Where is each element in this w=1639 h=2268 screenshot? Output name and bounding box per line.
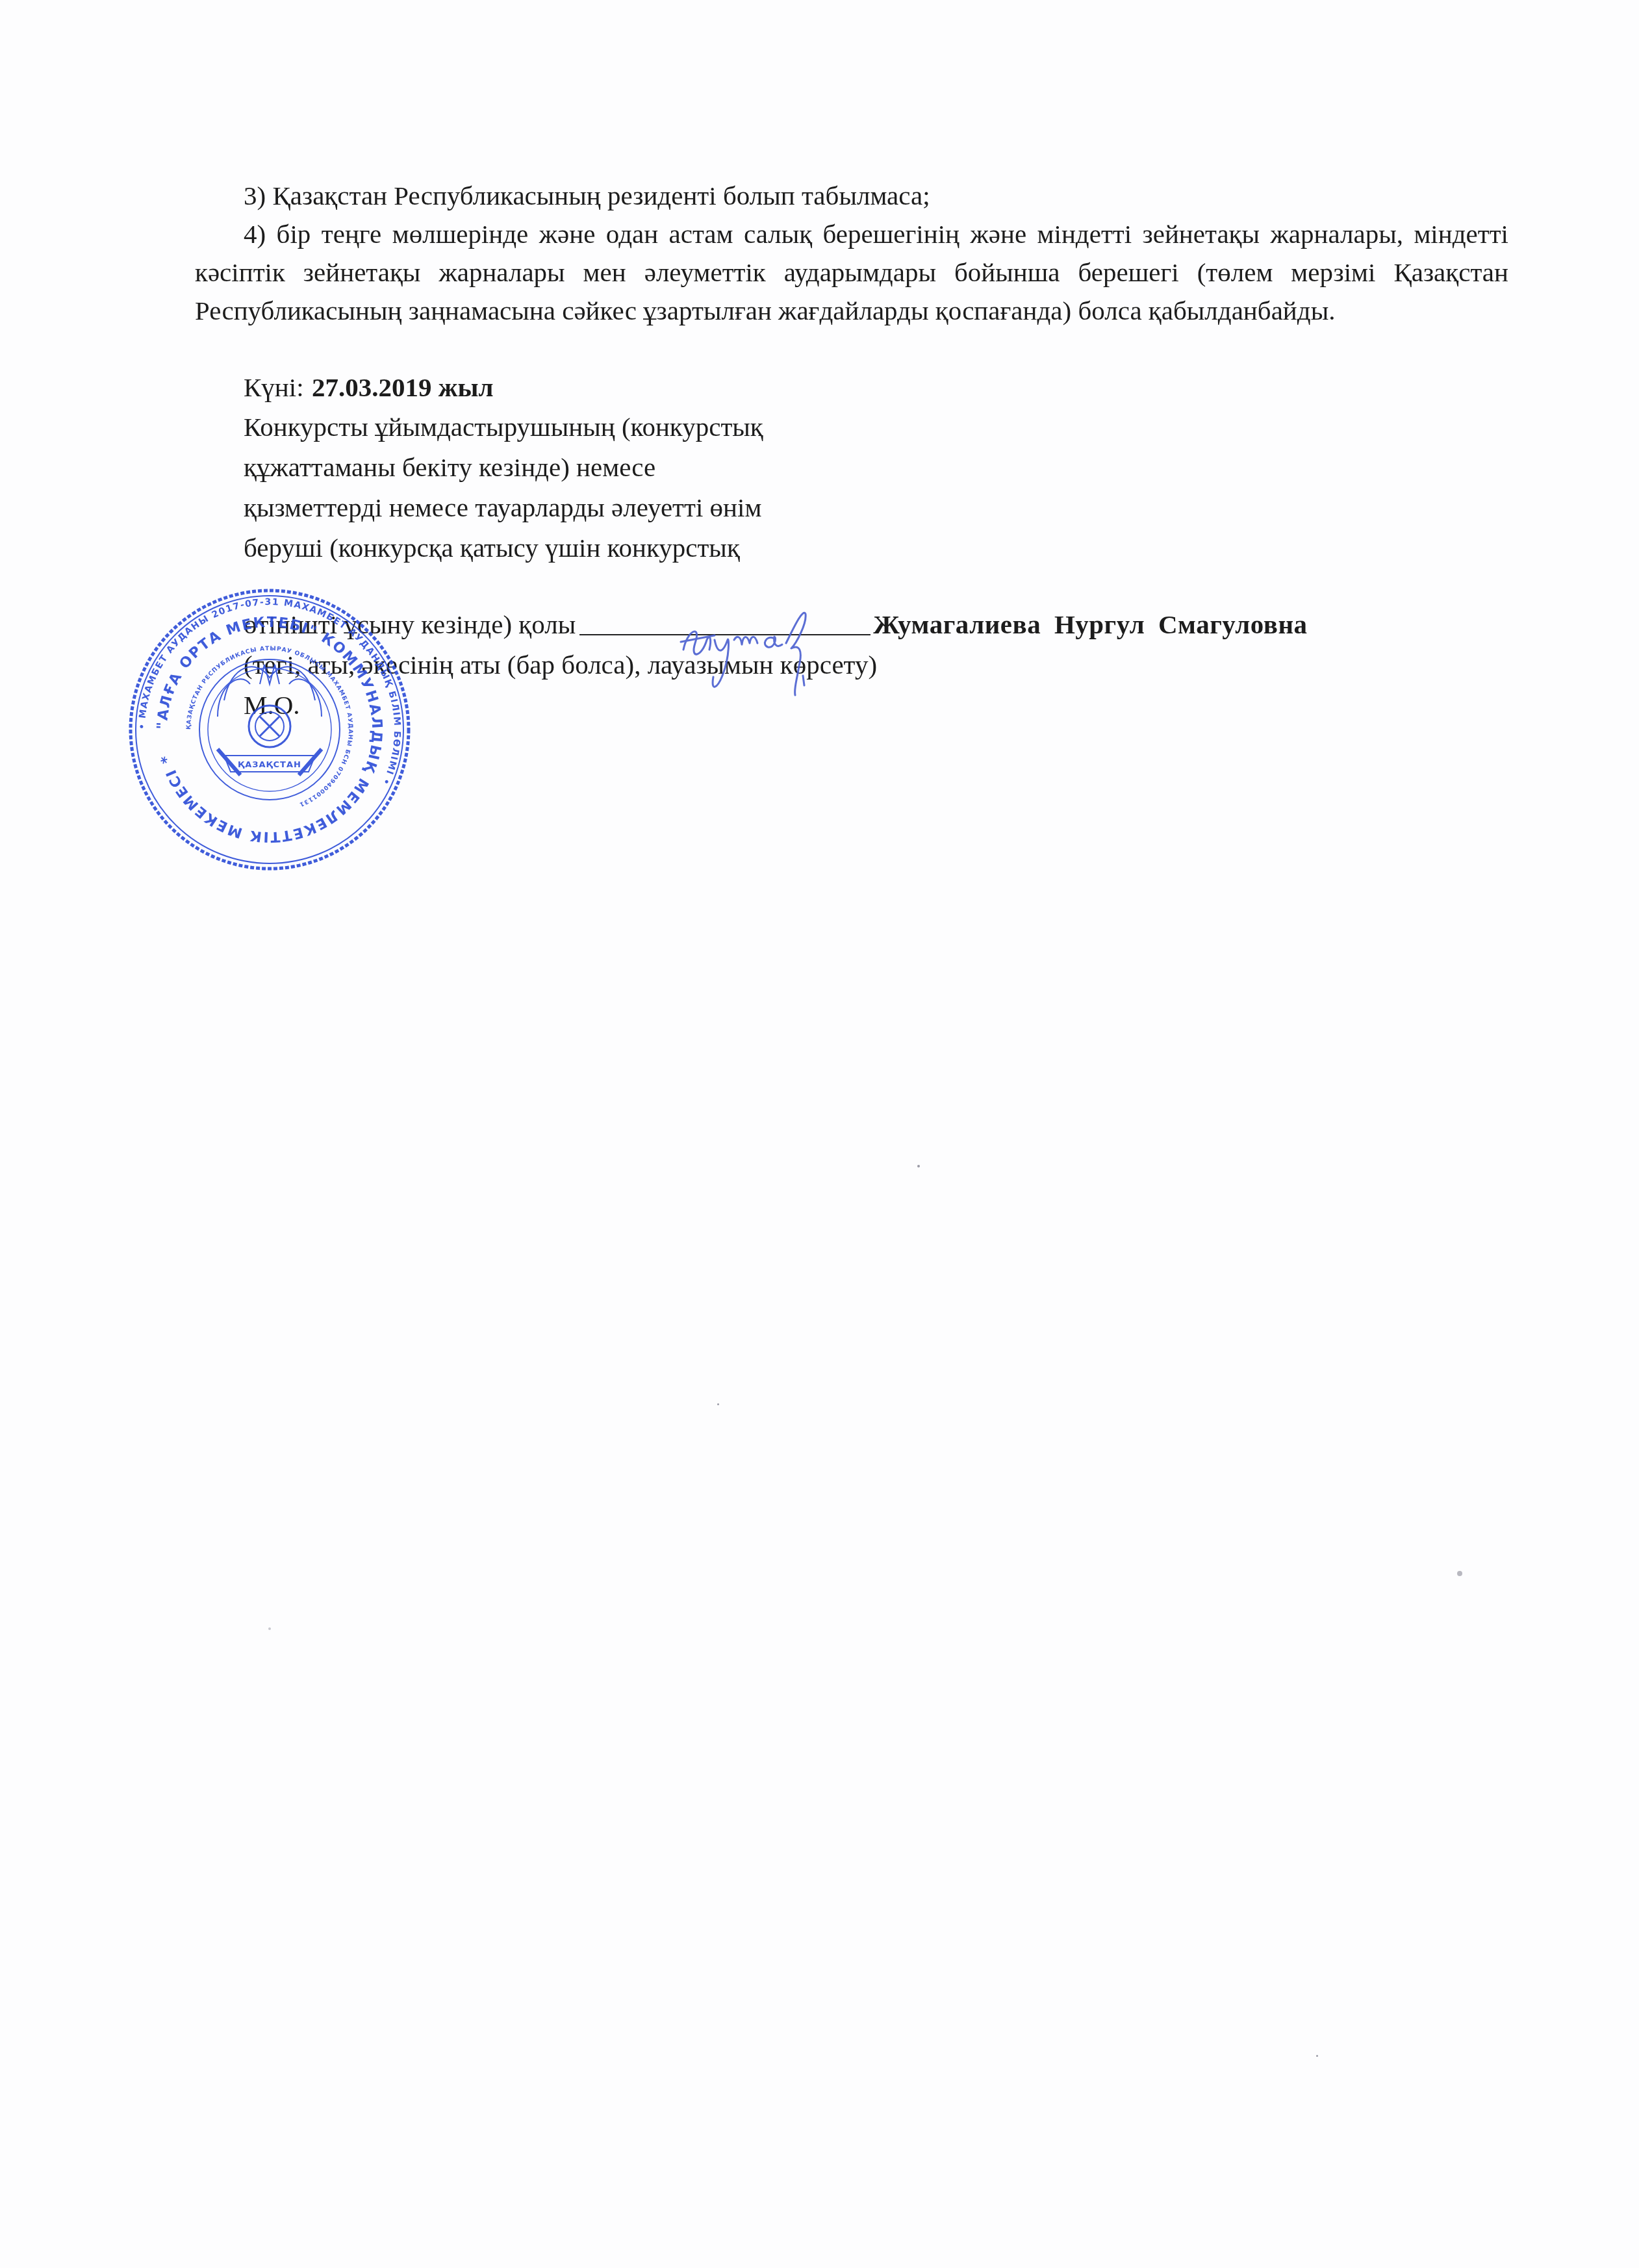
scan-speck — [268, 1627, 271, 1630]
scan-speck — [717, 1403, 719, 1405]
date-label: Күні: — [244, 368, 312, 407]
signature-block-line: беруші (конкурсқа қатысу үшін конкурстық — [244, 529, 740, 567]
seal-label: М.О. — [244, 686, 300, 724]
signature-line: өтінішті ұсыну кезінде) қолыЖумагалиева … — [244, 605, 1308, 644]
signature-underline — [579, 634, 870, 635]
scan-speck — [1316, 2055, 1318, 2057]
signature-block-line: Конкурсты ұйымдастырушының (конкурстық — [244, 408, 763, 446]
condition-item-3: 3) Қазақстан Республикасының резиденті б… — [244, 177, 930, 215]
sign-prefix: өтінішті ұсыну кезінде) қолы — [244, 609, 576, 639]
date-value: 27.03.2019 жыл — [312, 372, 494, 402]
condition-item-4: 4) бір теңге мөлшерінде және одан астам … — [195, 215, 1508, 330]
document-page: 3) Қазақстан Республикасының резиденті б… — [0, 0, 1639, 2268]
signature-block-line: қызметтерді немесе тауарларды әлеуетті ө… — [244, 489, 761, 527]
signature-block-line: құжаттаманы бекіту кезінде) немесе — [244, 448, 655, 487]
signer-name: Жумагалиева Нургул Смагуловна — [873, 609, 1307, 639]
scan-speck — [1457, 1571, 1462, 1576]
scan-speck — [917, 1165, 920, 1167]
date-row: Күні:27.03.2019 жыл — [244, 368, 494, 407]
svg-text:ҚАЗАҚСТАН: ҚАЗАҚСТАН — [238, 760, 301, 770]
signature-caption: (тегі, аты, әкесінің аты (бар болса), ла… — [244, 646, 877, 684]
